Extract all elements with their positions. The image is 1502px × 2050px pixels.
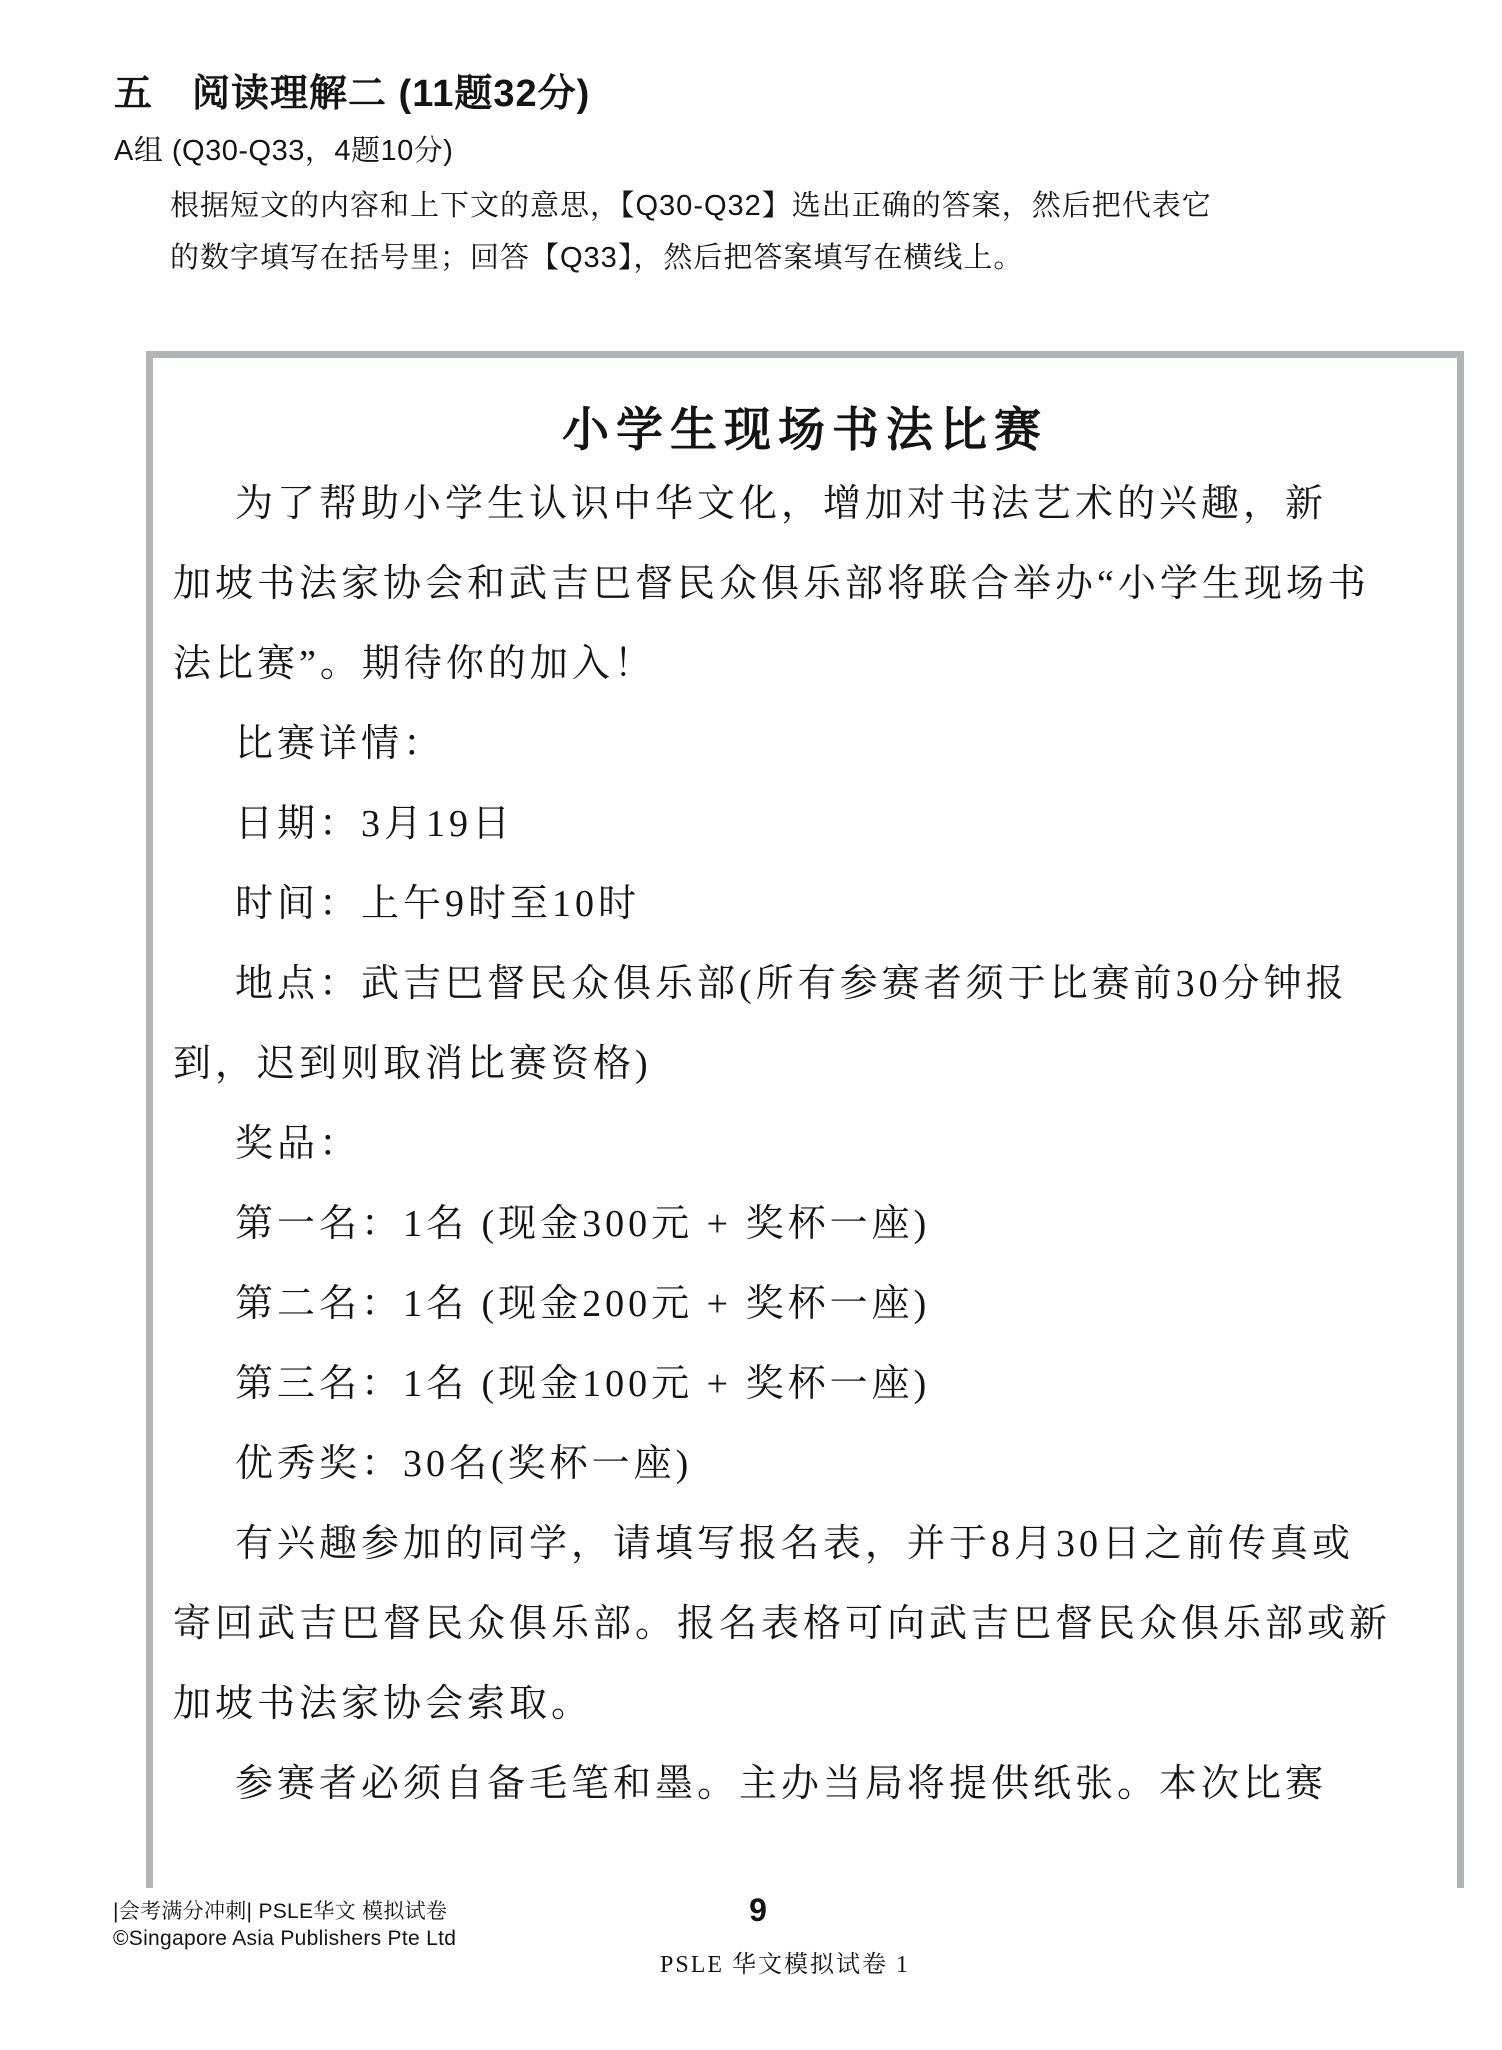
imprint-series-line: |会考满分冲刺| PSLE华文 模拟试卷 <box>113 1898 456 1925</box>
instructions-paragraph: 根据短文的内容和上下文的意思，【Q30-Q32】选出正确的答案，然后把代表它的数… <box>170 180 1430 284</box>
question-group-label: A组 (Q30-Q33，4题10分) <box>114 128 453 169</box>
passage-line: 为了帮助小学生认识中华文化，增加对书法艺术的兴趣，新 <box>173 464 1441 544</box>
passage-line: 第二名：1名 (现金200元 + 奖杯一座) <box>173 1264 1441 1344</box>
passage-line: 到，迟到则取消比赛资格) <box>173 1024 1441 1104</box>
passage-line: 比赛详情： <box>173 704 1441 784</box>
passage-line: 参赛者必须自备毛笔和墨。主办当局将提供纸张。本次比赛 <box>173 1744 1441 1824</box>
passage-line: 地点：武吉巴督民众俱乐部(所有参赛者须于比赛前30分钟报 <box>173 944 1441 1024</box>
imprint-copyright-line: ©Singapore Asia Publishers Pte Ltd <box>113 1925 456 1952</box>
passage-line: 第三名：1名 (现金100元 + 奖杯一座) <box>173 1344 1441 1424</box>
instruction-line: 的数字填写在括号里；回答【Q33】，然后把答案填写在横线上。 <box>170 232 1430 284</box>
page-number: 9 <box>698 1892 818 1929</box>
booklet-label: PSLE 华文模拟试卷 1 <box>660 1944 910 1979</box>
passage-line: 加坡书法家协会索取。 <box>173 1664 1441 1744</box>
passage-line: 奖品： <box>173 1104 1441 1184</box>
section-title: 五 阅读理解二 (11题32分) <box>114 62 590 117</box>
passage-body: 为了帮助小学生认识中华文化，增加对书法艺术的兴趣，新加坡书法家协会和武吉巴督民众… <box>153 464 1457 1824</box>
passage-box: 小学生现场书法比赛 为了帮助小学生认识中华文化，增加对书法艺术的兴趣，新加坡书法… <box>146 351 1464 1888</box>
passage-line: 优秀奖：30名(奖杯一座) <box>173 1424 1441 1504</box>
instruction-line: 根据短文的内容和上下文的意思，【Q30-Q32】选出正确的答案，然后把代表它 <box>170 180 1430 232</box>
passage-line: 加坡书法家协会和武吉巴督民众俱乐部将联合举办“小学生现场书 <box>173 544 1441 624</box>
passage-line: 寄回武吉巴督民众俱乐部。报名表格可向武吉巴督民众俱乐部或新 <box>173 1584 1441 1664</box>
publisher-imprint: |会考满分冲刺| PSLE华文 模拟试卷 ©Singapore Asia Pub… <box>113 1898 456 1952</box>
passage-line: 时间：上午9时至10时 <box>173 864 1441 944</box>
passage-line: 法比赛”。期待你的加入！ <box>173 624 1441 704</box>
passage-line: 第一名：1名 (现金300元 + 奖杯一座) <box>173 1184 1441 1264</box>
passage-line: 有兴趣参加的同学，请填写报名表，并于8月30日之前传真或 <box>173 1504 1441 1584</box>
passage-title: 小学生现场书法比赛 <box>153 400 1457 462</box>
exam-page: 五 阅读理解二 (11题32分) A组 (Q30-Q33，4题10分) 根据短文… <box>0 0 1502 2050</box>
passage-line: 日期：3月19日 <box>173 784 1441 864</box>
